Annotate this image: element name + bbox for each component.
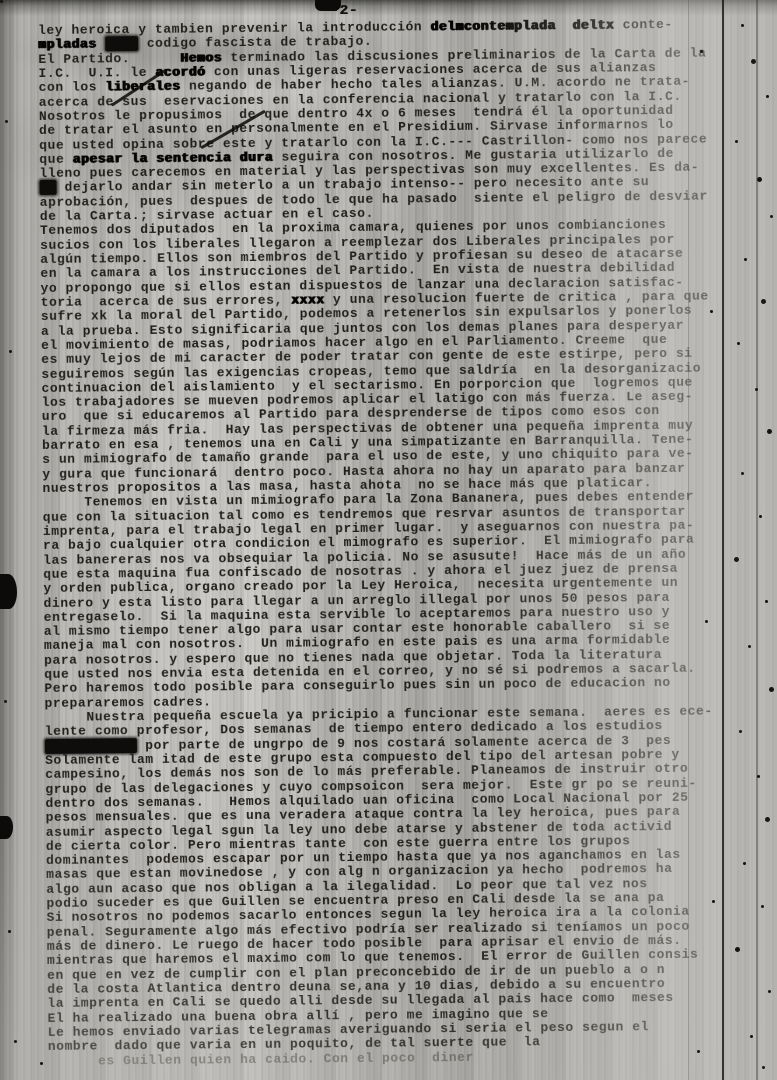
text-segment (556, 18, 573, 33)
text-segment: mpladas (38, 37, 97, 53)
text-segment: xxxx (291, 292, 325, 307)
page-number: -2- (330, 3, 358, 19)
text-segment: acordó (155, 64, 205, 79)
text-segment: liberales (105, 79, 180, 95)
ink-blot (0, 574, 17, 609)
text-segment: con los (39, 80, 106, 96)
text-segment (97, 37, 106, 52)
text-segment: deltx (572, 17, 614, 32)
text-segment: conte- (614, 17, 673, 33)
redaction-mark: ño (40, 180, 57, 195)
text-segment: Hemos (180, 50, 222, 65)
text-segment: que (39, 151, 73, 166)
text-segment: delmcontemplada (430, 18, 555, 34)
text-segment (130, 50, 180, 65)
typewritten-text: ley heroica y tambien prevenir la introd… (38, 17, 770, 1069)
text-segment: es Guillen quien ha caido. Con el poco d… (48, 1049, 474, 1068)
ink-blot (0, 816, 13, 839)
dust-speckles (0, 0, 3, 3)
redaction-mark: xxxx (105, 36, 139, 51)
document-scan: -2- ley heroica y tambien prevenir la in… (0, 0, 777, 1080)
